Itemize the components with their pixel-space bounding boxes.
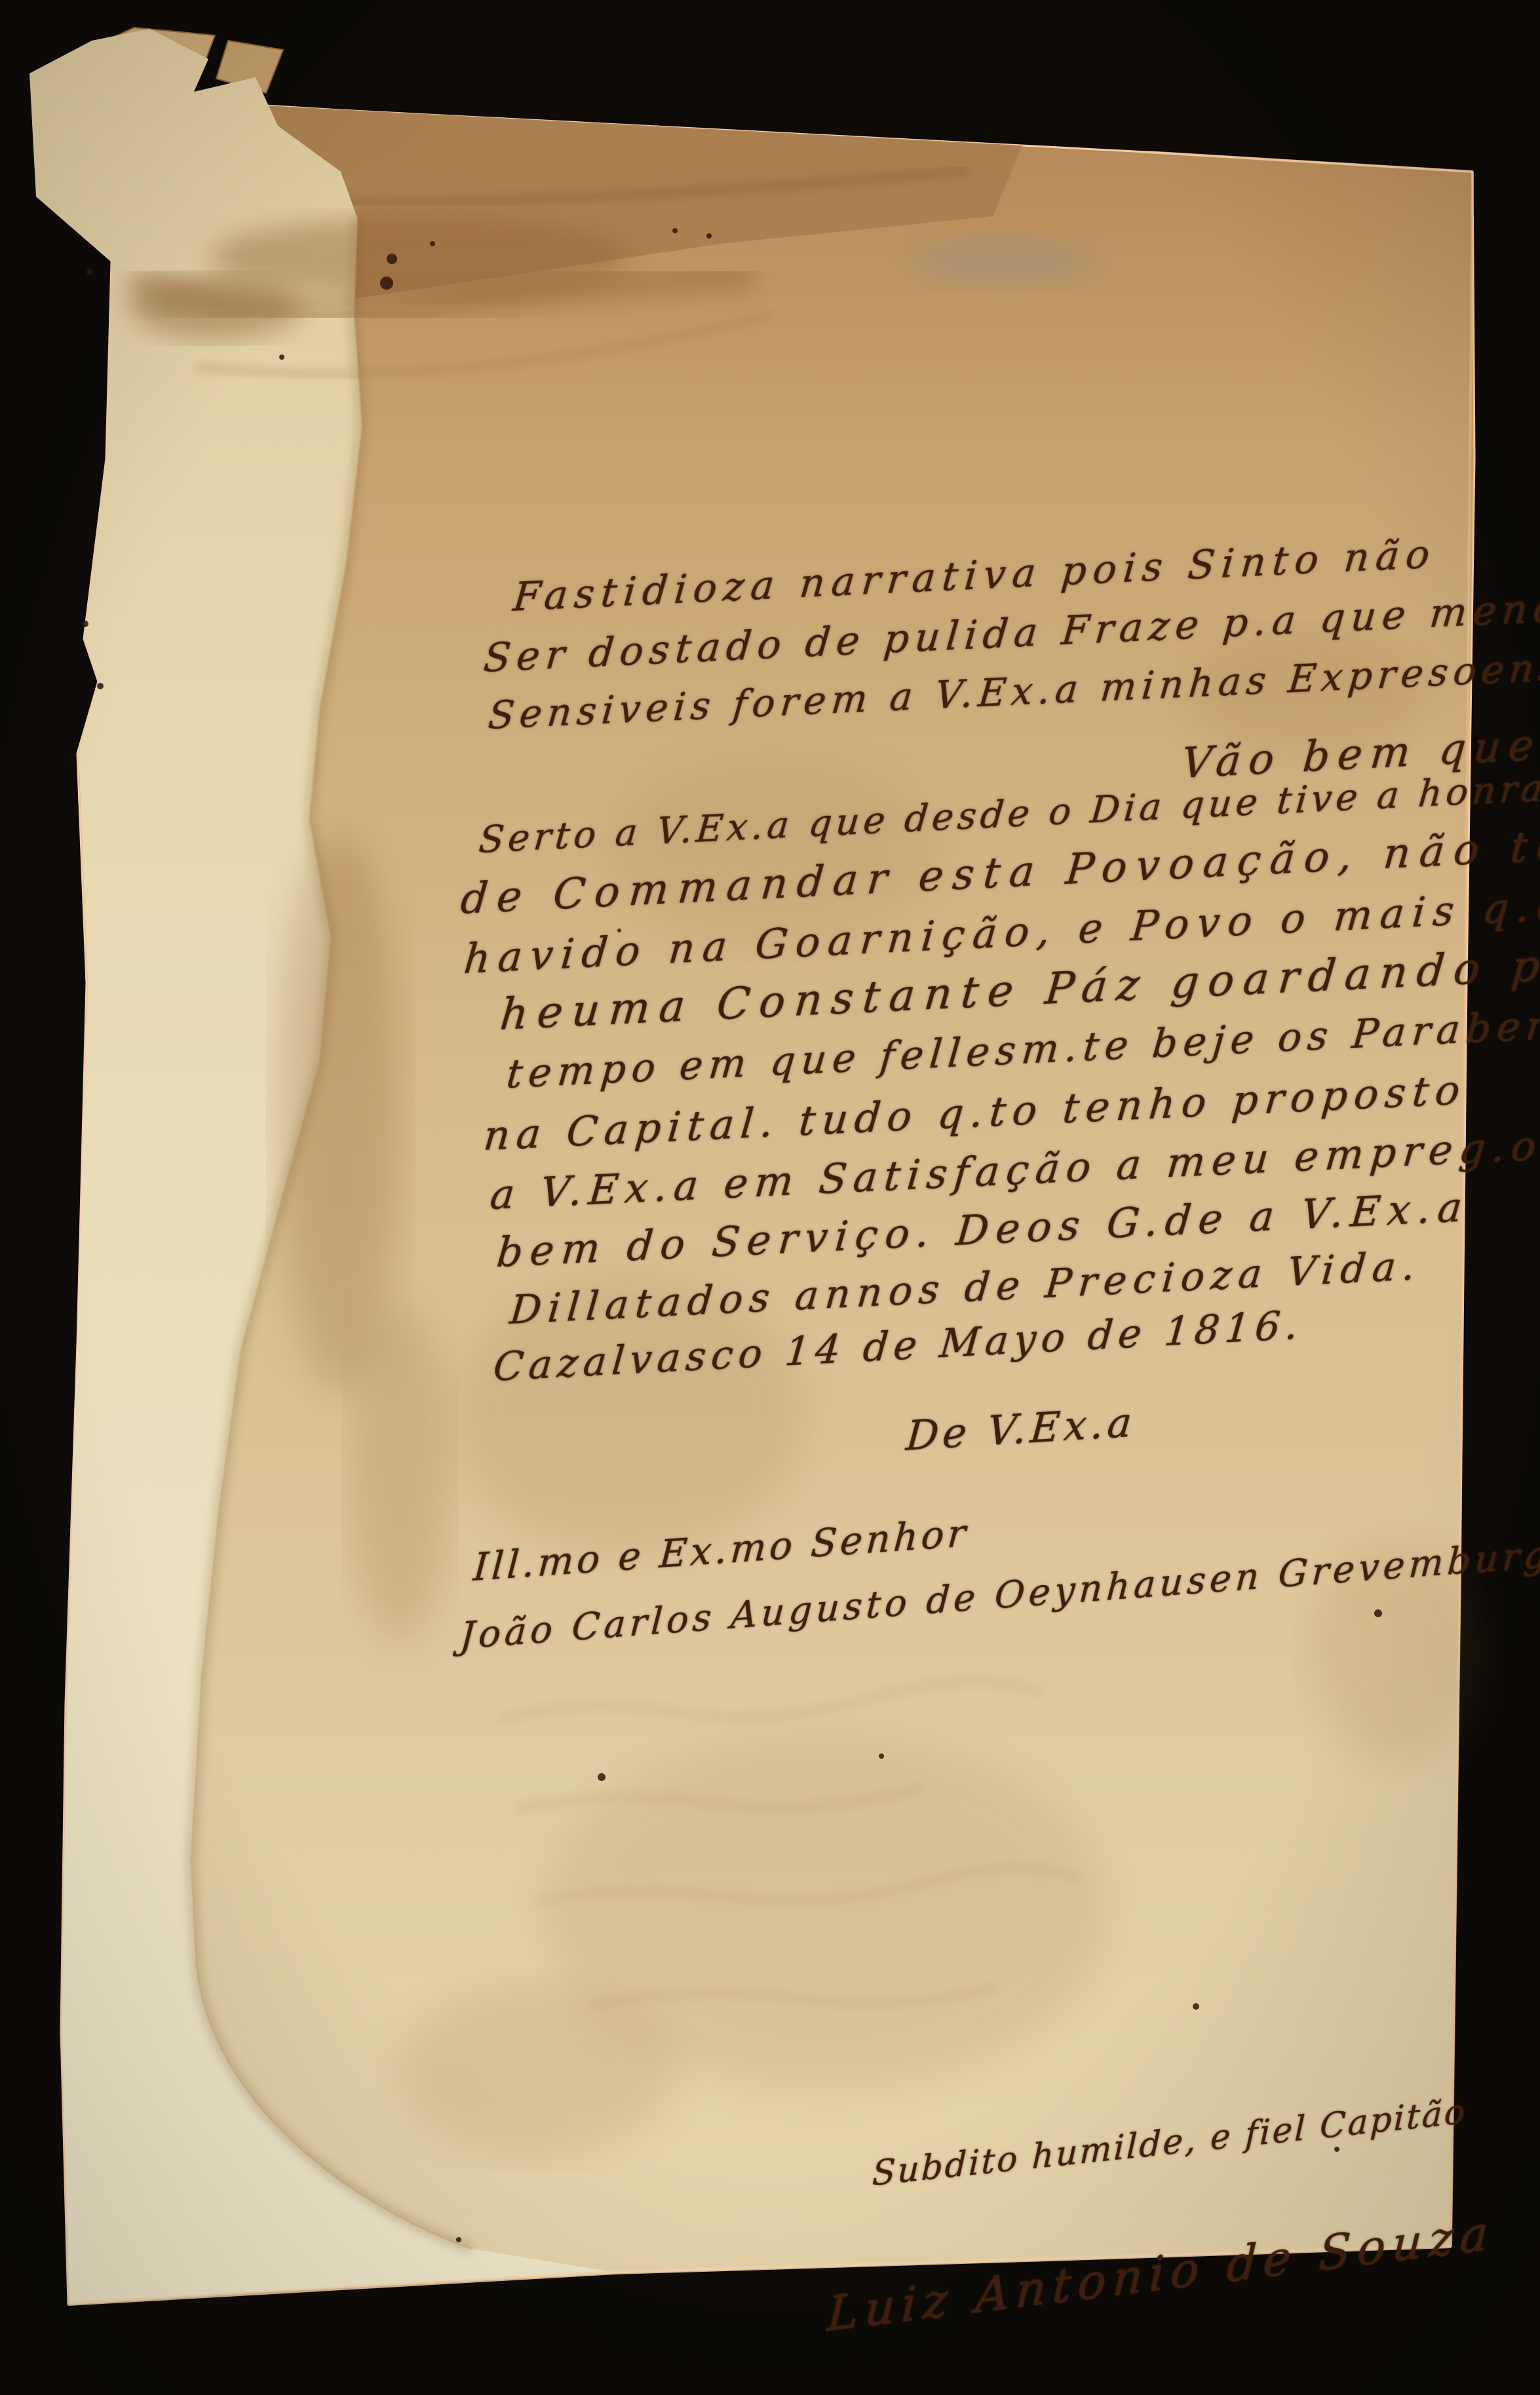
manuscript-photo: Fastidioza narrativa pois Sinto não Ser …	[0, 0, 1540, 2395]
